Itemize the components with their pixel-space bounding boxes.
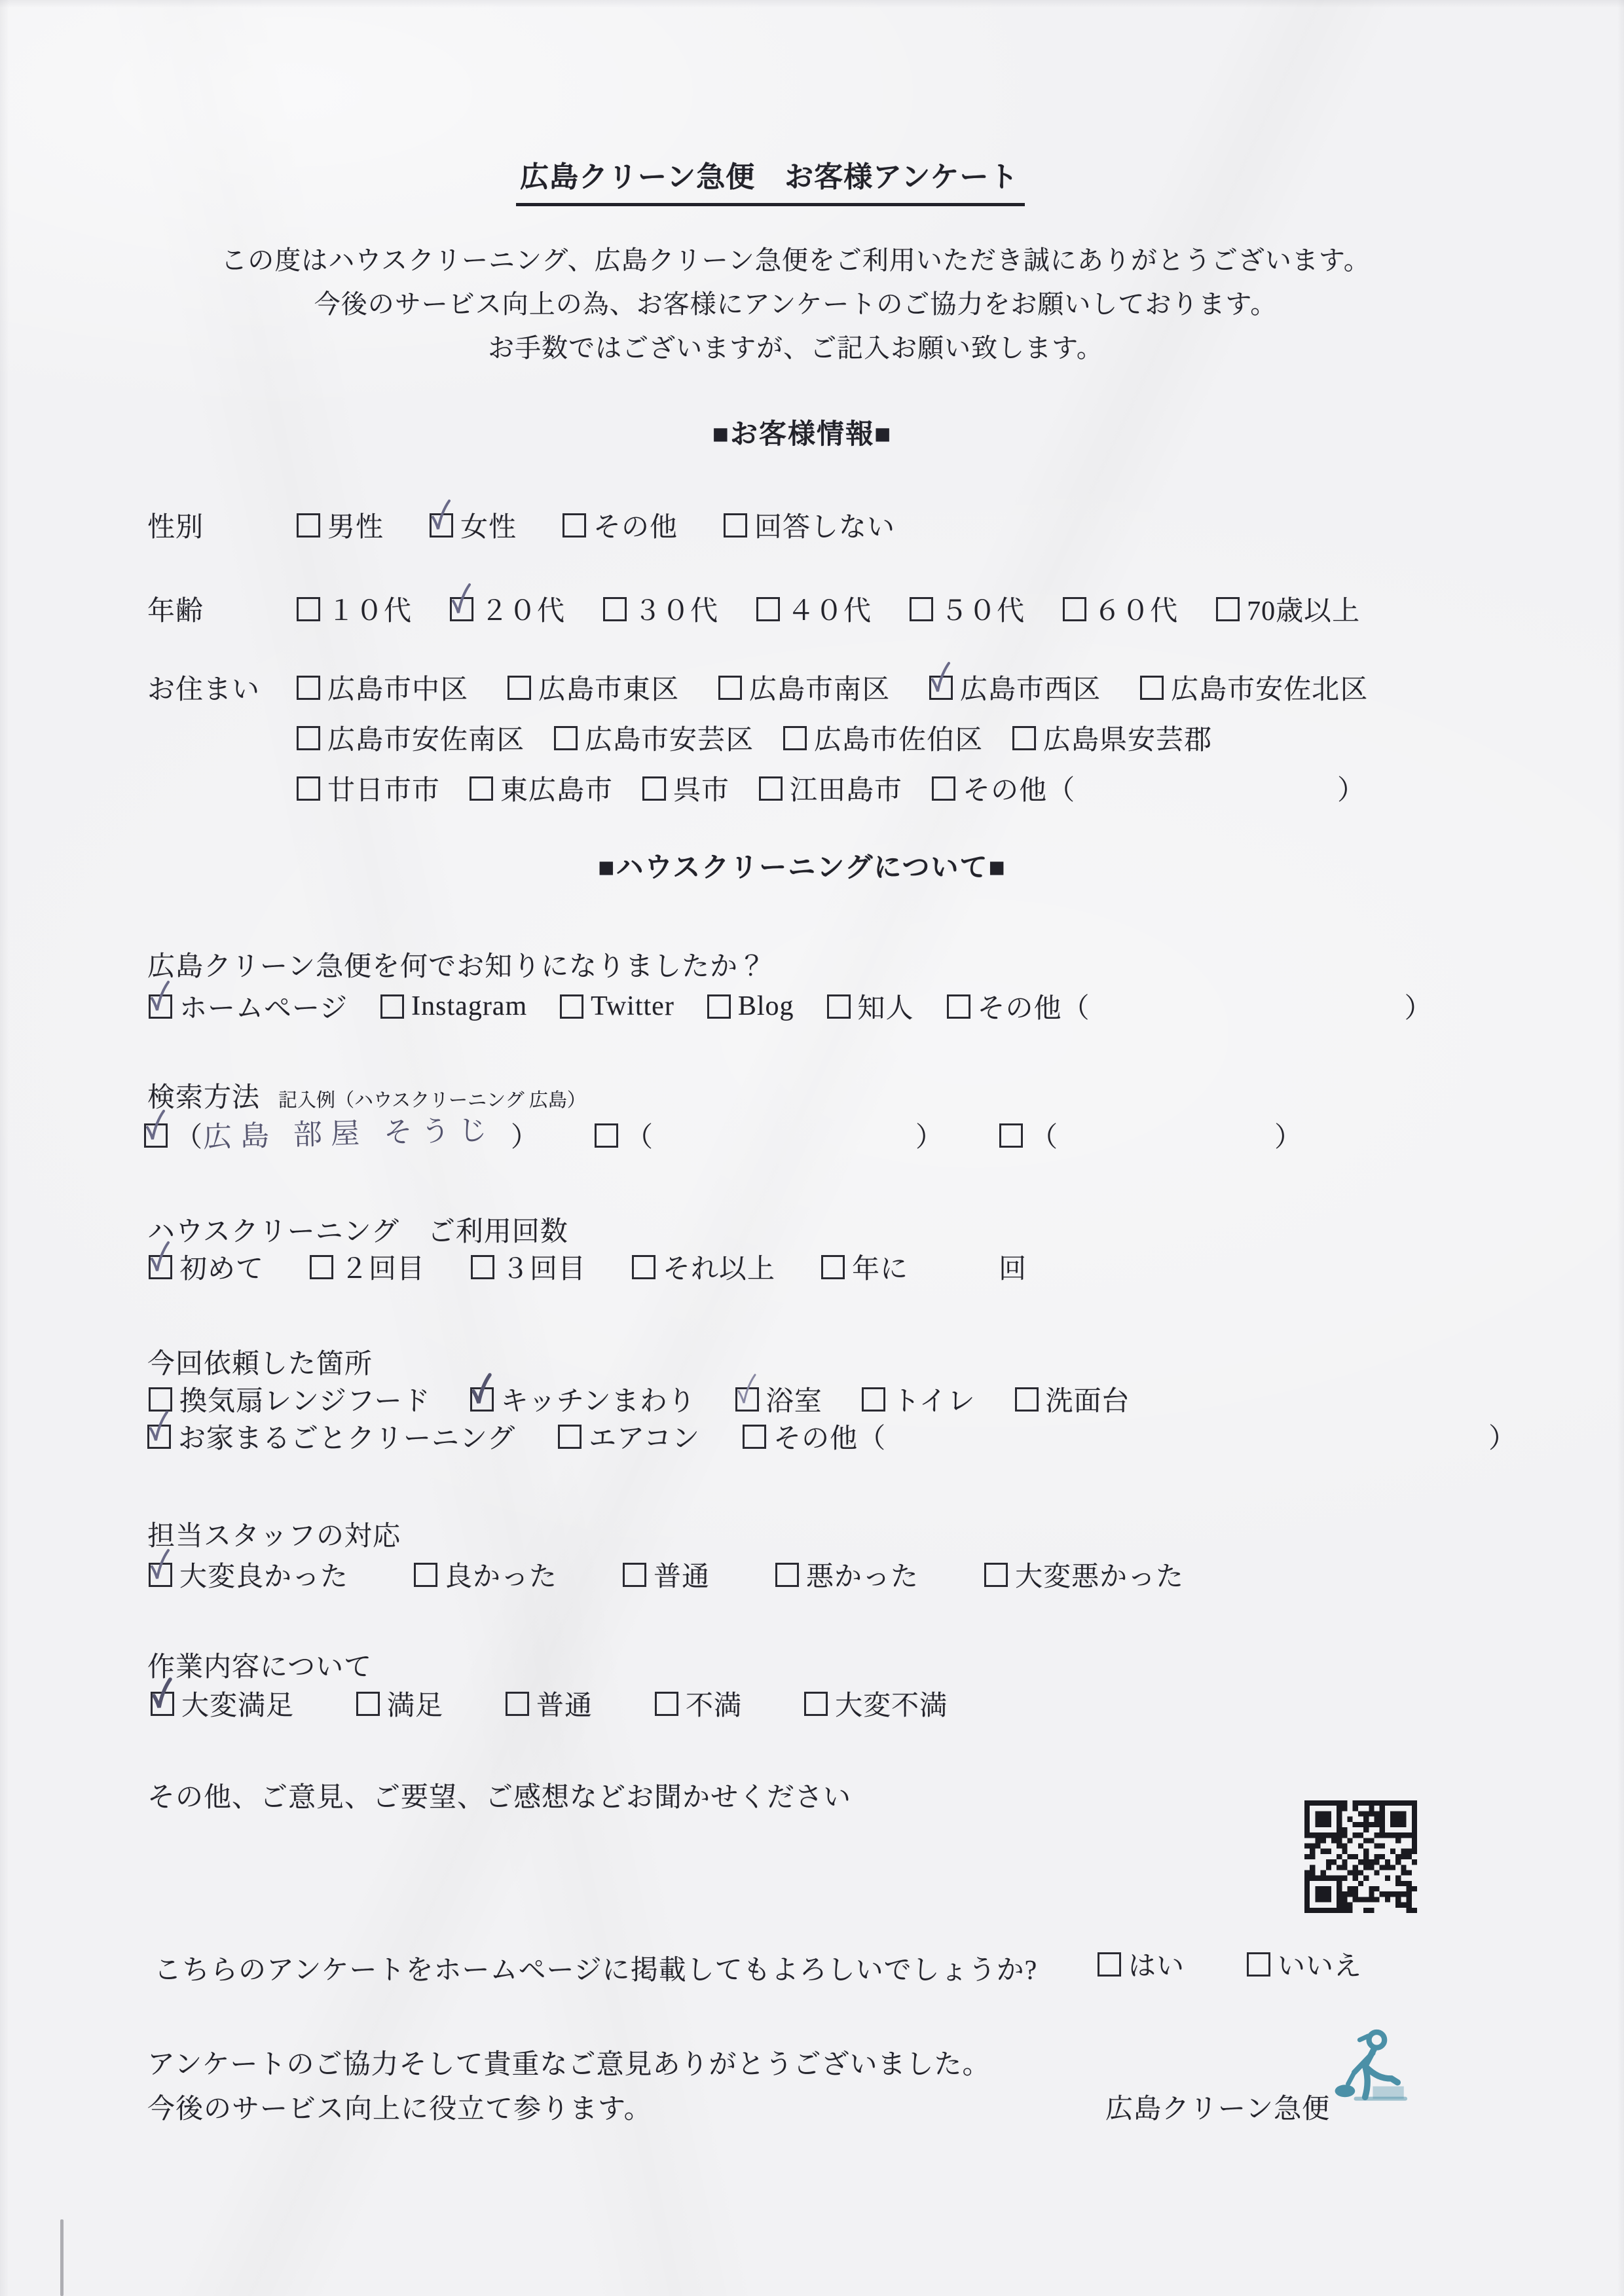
gender-label: 性別: [147, 505, 297, 545]
handwritten-check-icon: [146, 1409, 171, 1446]
satisfaction-row: 大変満足満足普通不満大変不満: [151, 1684, 1010, 1723]
option-label: 広島市安芸区: [585, 718, 754, 757]
checkbox[interactable]: [910, 597, 933, 621]
checkbox[interactable]: [623, 1563, 646, 1587]
source-question: 広島クリーン急便を何でお知りになりましたか？: [147, 945, 766, 984]
checkbox[interactable]: [558, 1425, 581, 1449]
checkbox[interactable]: [450, 597, 473, 621]
option-label: 初めて: [179, 1247, 264, 1286]
checkbox-option[interactable]: 広島市安芸区: [554, 718, 754, 757]
residence-row-2: 広島市安佐南区広島市安芸区広島市佐伯区広島県安芸郡: [297, 718, 1242, 757]
footer-service-line: 今後のサービス向上に役立て参ります。: [147, 2087, 652, 2126]
checkbox[interactable]: [929, 676, 953, 700]
paren-close: ）: [1337, 769, 1365, 808]
checkbox-option[interactable]: ２０代: [450, 589, 565, 629]
checkbox[interactable]: [743, 1425, 766, 1449]
handwritten-check-icon: [734, 1372, 759, 1408]
handwritten-check-icon: [147, 1239, 172, 1276]
checkbox-option[interactable]: Twitter: [560, 991, 674, 1022]
checkbox[interactable]: [1012, 726, 1036, 750]
paren-close: ）: [1488, 1417, 1517, 1456]
option-label: 広島市中区: [327, 668, 468, 707]
option-label: 広島市南区: [749, 668, 890, 707]
checkbox[interactable]: [470, 1387, 494, 1412]
option-label: 広島市東区: [538, 668, 679, 707]
staff-options: 大変良かった良かった普通悪かった大変悪かった: [149, 1555, 1249, 1594]
option-label: 女性: [460, 505, 517, 545]
checkbox-option[interactable]: 不満: [655, 1684, 742, 1723]
option-label: ４０代: [787, 589, 872, 629]
residence-row-3: 廿日市市東広島市呉市江田島市その他（）: [297, 769, 1395, 808]
handwritten-entry[interactable]: [1058, 1128, 1274, 1134]
checkbox-option[interactable]: （広島 部屋 そうじ）: [144, 1114, 539, 1156]
checkbox[interactable]: [144, 1123, 168, 1148]
checkbox-option[interactable]: トイレ: [862, 1379, 976, 1419]
checkbox[interactable]: [595, 1123, 618, 1148]
checkbox[interactable]: [147, 1425, 171, 1449]
checkbox-option[interactable]: 大変不満: [804, 1684, 948, 1723]
age-options: １０代２０代３０代４０代５０代６０代70歳以上: [297, 589, 1398, 629]
option-label: ３回目: [502, 1247, 586, 1286]
option-label: ６０代: [1094, 589, 1178, 629]
checkbox[interactable]: [775, 1563, 799, 1587]
checkbox[interactable]: [724, 513, 747, 538]
residence-options-2: 広島市安佐南区広島市安芸区広島市佐伯区広島県安芸郡: [297, 718, 1242, 757]
checkbox[interactable]: [297, 726, 320, 750]
checkbox-option[interactable]: 広島市西区: [929, 668, 1101, 707]
checkbox[interactable]: [507, 676, 531, 700]
search-entries-row: （広島 部屋 そうじ）（）（）: [144, 1114, 1358, 1156]
checkbox[interactable]: [470, 776, 493, 801]
checkbox-option[interactable]: ５０代: [910, 589, 1025, 629]
residence-label: お住まい: [147, 668, 297, 707]
option-label: それ以上: [663, 1247, 775, 1286]
checkbox[interactable]: [310, 1255, 333, 1279]
option-label: ２回目: [341, 1247, 425, 1286]
option-label: 東広島市: [500, 769, 613, 808]
publish-options: はいいいえ: [1098, 1944, 1424, 1984]
checkbox-option[interactable]: Blog: [707, 991, 794, 1022]
section-customer-info-header: ■お客様情報■: [0, 412, 1604, 452]
checkbox-option[interactable]: その他（）: [932, 769, 1365, 808]
checkbox-option[interactable]: 広島県安芸郡: [1012, 718, 1212, 757]
paren-open: （: [1062, 987, 1090, 1026]
checkbox[interactable]: [783, 726, 807, 750]
checkbox[interactable]: [632, 1255, 655, 1279]
checkbox-option[interactable]: いいえ: [1247, 1944, 1362, 1984]
checkbox[interactable]: [430, 513, 453, 538]
checkbox-option[interactable]: 大変悪かった: [984, 1555, 1184, 1594]
residence-options-3: 廿日市市東広島市呉市江田島市その他（）: [297, 769, 1395, 808]
option-label: キッチンまわり: [501, 1379, 696, 1419]
option-label: その他: [593, 505, 678, 545]
areas-options-1: 換気扇レンジフードキッチンまわり浴室トイレ洗面台: [149, 1379, 1170, 1419]
handwritten-check-icon: [469, 1372, 494, 1408]
checkbox[interactable]: [297, 776, 320, 801]
checkbox[interactable]: [560, 994, 583, 1019]
checkbox-option[interactable]: 広島市中区: [297, 668, 468, 707]
checkbox[interactable]: [554, 726, 578, 750]
option-label: 普通: [536, 1684, 593, 1723]
checkbox[interactable]: [932, 776, 955, 801]
paren-close: ）: [1274, 1116, 1302, 1155]
comments-label: その他、ご意見、ご要望、ご感想などお聞かせください: [147, 1776, 851, 1815]
checkbox-option[interactable]: ６０代: [1063, 589, 1178, 629]
areas-options-2: お家まるごとクリーニングエアコンその他（）: [147, 1417, 1559, 1456]
checkbox[interactable]: [1140, 676, 1164, 700]
option-label: １０代: [327, 589, 412, 629]
residence-row-1: お住まい 広島市中区広島市東区広島市南区広島市西区広島市安佐北区: [147, 668, 1407, 707]
checkbox[interactable]: [149, 1255, 172, 1279]
checkbox-option[interactable]: 普通: [506, 1684, 593, 1723]
checkbox[interactable]: [414, 1563, 437, 1587]
checkbox[interactable]: [759, 776, 783, 801]
option-label: その他: [773, 1417, 858, 1456]
checkbox-option[interactable]: 広島市佐伯区: [783, 718, 983, 757]
checkbox[interactable]: [297, 513, 320, 538]
checkbox[interactable]: [735, 1387, 759, 1412]
option-label: 大変悪かった: [1015, 1555, 1184, 1594]
checkbox-option[interactable]: Instagram: [380, 991, 527, 1022]
option-label: その他: [963, 769, 1047, 808]
residence-options-1: 広島市中区広島市東区広島市南区広島市西区広島市安佐北区: [297, 668, 1407, 707]
option-label: 悪かった: [806, 1555, 919, 1594]
checkbox-option[interactable]: 大変満足: [151, 1684, 294, 1723]
option-label: 呉市: [673, 769, 729, 808]
option-label: 年に: [852, 1247, 908, 1286]
usage-row: 初めて２回目３回目それ以上年に回: [149, 1247, 1073, 1286]
checkbox-option[interactable]: 女性: [430, 505, 517, 545]
checkbox-option[interactable]: （）: [999, 1116, 1302, 1155]
checkbox[interactable]: [862, 1387, 885, 1412]
option-label: 広島市安佐南区: [327, 718, 525, 757]
checkbox[interactable]: [149, 1387, 172, 1412]
checkbox-option[interactable]: 初めて: [149, 1247, 264, 1286]
checkbox-option[interactable]: お家まるごとクリーニング: [147, 1417, 515, 1456]
staff-response-label: 担当スタッフの対応: [147, 1514, 401, 1554]
option-label: 満足: [387, 1684, 443, 1723]
checkbox[interactable]: [655, 1692, 678, 1716]
checkbox-option[interactable]: 広島市安佐南区: [297, 718, 525, 757]
option-label: 換気扇レンジフード: [179, 1379, 431, 1419]
checkbox-option[interactable]: 広島市南区: [718, 668, 890, 707]
paren-open: （: [625, 1116, 654, 1155]
paren-close: ）: [1405, 987, 1433, 1026]
checkbox-option[interactable]: 70歳以上: [1216, 589, 1360, 629]
paren-open: （: [175, 1116, 203, 1155]
intro-line: この度はハウスクリーニング、広島クリーン急便をご利用いただき誠にありがとうござい…: [0, 238, 1591, 282]
checkbox-option[interactable]: ２回目: [310, 1247, 425, 1286]
checkbox[interactable]: [707, 994, 731, 1019]
work-satisfaction-label: 作業内容について: [147, 1645, 372, 1685]
checkbox-option[interactable]: キッチンまわり: [470, 1379, 696, 1419]
option-label: 回答しない: [754, 505, 895, 545]
option-label: 良かった: [445, 1555, 557, 1594]
option-label: はい: [1128, 1944, 1185, 1984]
option-label: 70歳以上: [1247, 589, 1360, 629]
option-label: 広島県安芸郡: [1043, 718, 1212, 757]
qr-code: [1304, 1800, 1417, 1913]
checkbox[interactable]: [297, 597, 320, 621]
checkbox-option[interactable]: 男性: [297, 505, 384, 545]
checkbox-option[interactable]: その他（）: [947, 987, 1433, 1026]
checkbox[interactable]: [1063, 597, 1086, 621]
option-label: ２０代: [481, 589, 565, 629]
checkbox-option[interactable]: （）: [595, 1116, 944, 1155]
option-label: 広島市佐伯区: [814, 718, 983, 757]
staff-row: 大変良かった良かった普通悪かった大変悪かった: [149, 1555, 1249, 1594]
checkbox[interactable]: [827, 994, 851, 1019]
areas-row-1: 換気扇レンジフードキッチンまわり浴室トイレ洗面台: [149, 1379, 1170, 1419]
checkbox-option[interactable]: 良かった: [414, 1555, 557, 1594]
publish-row: はいいいえ: [1098, 1944, 1424, 1984]
satisfaction-options: 大変満足満足普通不満大変不満: [151, 1684, 1010, 1723]
checkbox-option[interactable]: 洗面台: [1015, 1379, 1130, 1419]
checkbox-option[interactable]: ３回目: [471, 1247, 586, 1286]
age-label: 年齢: [147, 589, 297, 629]
checkbox-option[interactable]: 換気扇レンジフード: [149, 1379, 431, 1419]
checkbox-option[interactable]: ４０代: [756, 589, 872, 629]
option-label: 普通: [654, 1555, 710, 1594]
gender-row: 性別 男性女性その他回答しない: [147, 505, 941, 545]
checkbox[interactable]: [356, 1692, 380, 1716]
checkbox[interactable]: [563, 513, 586, 538]
gender-options: 男性女性その他回答しない: [297, 505, 941, 545]
paren-close: ）: [511, 1116, 539, 1155]
checkbox-option[interactable]: 広島市安佐北区: [1140, 668, 1368, 707]
checkbox-option[interactable]: １０代: [297, 589, 412, 629]
handwritten-check-icon: [147, 979, 172, 1015]
option-label: 不満: [686, 1684, 742, 1723]
checkbox[interactable]: [984, 1563, 1008, 1587]
option-label: Instagram: [411, 991, 527, 1022]
paren-open: （: [1030, 1116, 1058, 1155]
checkbox-option[interactable]: 浴室: [735, 1379, 822, 1419]
paren-close: ）: [915, 1116, 944, 1155]
usage-options: 初めて２回目３回目それ以上年に回: [149, 1247, 1073, 1286]
checkbox[interactable]: [999, 1123, 1023, 1148]
checkbox-option[interactable]: ホームページ: [149, 987, 348, 1026]
option-suffix: 回: [999, 1247, 1027, 1286]
source-row: ホームページInstagramTwitterBlog知人その他（）: [149, 987, 1466, 1026]
handwritten-check-icon: [143, 1108, 168, 1144]
checkbox-option[interactable]: それ以上: [632, 1247, 775, 1286]
option-label: 広島市安佐北区: [1171, 668, 1368, 707]
checkbox[interactable]: [718, 676, 742, 700]
checkbox-option[interactable]: 知人: [827, 987, 914, 1026]
checkbox[interactable]: [149, 994, 172, 1019]
checkbox[interactable]: [603, 597, 627, 621]
checkbox-option[interactable]: 年に回: [821, 1247, 1027, 1286]
paren-open: （: [1047, 769, 1075, 808]
checkbox[interactable]: [821, 1255, 845, 1279]
option-label: 広島市西区: [960, 668, 1101, 707]
handwritten-check-icon: [428, 498, 453, 534]
intro-text: この度はハウスクリーニング、広島クリーン急便をご利用いただき誠にありがとうござい…: [0, 238, 1591, 370]
checkbox[interactable]: [642, 776, 666, 801]
checkbox[interactable]: [1098, 1952, 1121, 1977]
checkbox[interactable]: [506, 1692, 529, 1716]
checkbox[interactable]: [804, 1692, 828, 1716]
handwritten-entry[interactable]: [654, 1127, 915, 1134]
option-label: ホームページ: [179, 987, 348, 1026]
checkbox-option[interactable]: 東広島市: [470, 769, 613, 808]
intro-line: お手数ではございますが、ご記入お願い致します。: [0, 326, 1591, 370]
option-label: 廿日市市: [327, 769, 440, 808]
option-label: トイレ: [893, 1379, 976, 1419]
checkbox-option[interactable]: はい: [1098, 1944, 1185, 1984]
checkbox[interactable]: [756, 597, 780, 621]
requested-areas-label: 今回依頼した箇所: [147, 1342, 373, 1381]
checkbox-option[interactable]: 回答しない: [724, 505, 895, 545]
checkbox-option[interactable]: 大変良かった: [149, 1555, 348, 1594]
checkbox-option[interactable]: 江田島市: [759, 769, 902, 808]
option-label: 大変不満: [835, 1684, 948, 1723]
checkbox-option[interactable]: エアコン: [558, 1417, 700, 1456]
checkbox-option[interactable]: ３０代: [603, 589, 718, 629]
handwritten-check-icon: [449, 581, 473, 618]
checkbox-option[interactable]: 悪かった: [775, 1555, 919, 1594]
option-label: いいえ: [1278, 1944, 1362, 1984]
option-label: ３０代: [634, 589, 718, 629]
checkbox[interactable]: [1216, 597, 1240, 621]
age-row: 年齢 １０代２０代３０代４０代５０代６０代70歳以上: [147, 589, 1398, 629]
intro-line: 今後のサービス向上の為、お客様にアンケートのご協力をお願いしております。: [0, 282, 1591, 326]
checkbox-option[interactable]: その他（）: [743, 1417, 1517, 1456]
option-label: ５０代: [940, 589, 1025, 629]
checkbox[interactable]: [151, 1692, 174, 1716]
checkbox-option[interactable]: 広島市東区: [507, 668, 679, 707]
checkbox[interactable]: [947, 994, 970, 1019]
option-label: 浴室: [766, 1379, 822, 1419]
checkbox-option[interactable]: 呉市: [642, 769, 729, 808]
option-label: エアコン: [589, 1417, 700, 1456]
option-label: Twitter: [591, 991, 674, 1022]
checkbox[interactable]: [380, 994, 404, 1019]
handwritten-check-icon: [928, 660, 953, 697]
option-label: お家まるごとクリーニング: [178, 1417, 515, 1456]
checkbox[interactable]: [297, 676, 320, 700]
option-label: 大変満足: [181, 1684, 294, 1723]
scanner-edge-artifact: [60, 2219, 64, 2296]
search-entries: （広島 部屋 そうじ）（）（）: [144, 1114, 1358, 1156]
option-label: 知人: [858, 987, 914, 1026]
cleaning-person-logo-icon: [1333, 2027, 1418, 2105]
checkbox[interactable]: [1015, 1387, 1039, 1412]
paren-open: （: [858, 1417, 886, 1456]
checkbox[interactable]: [149, 1563, 172, 1587]
option-label: その他: [978, 987, 1062, 1026]
option-label: Blog: [738, 991, 794, 1022]
handwritten-check-icon: [149, 1676, 174, 1713]
areas-row-2: お家まるごとクリーニングエアコンその他（）: [147, 1417, 1559, 1456]
checkbox-option[interactable]: 廿日市市: [297, 769, 440, 808]
checkbox[interactable]: [471, 1255, 494, 1279]
option-label: 洗面台: [1046, 1379, 1130, 1419]
publish-question: こちらのアンケートをホームページに掲載してもよろしいでしょうか?: [154, 1948, 1037, 1988]
checkbox-option[interactable]: その他: [563, 505, 678, 545]
checkbox-option[interactable]: 普通: [623, 1555, 710, 1594]
scanned-survey-page: 広島クリーン急便 お客様アンケート この度はハウスクリーニング、広島クリーン急便…: [0, 0, 1624, 2296]
handwritten-check-icon: [147, 1547, 172, 1584]
usage-count-label: ハウスクリーニング ご利用回数: [147, 1210, 568, 1249]
footer-thanks-line: アンケートのご協力そして貴重なご意見ありがとうございました。: [147, 2043, 990, 2082]
source-options: ホームページInstagramTwitterBlog知人その他（）: [149, 987, 1466, 1026]
option-label: 江田島市: [790, 769, 902, 808]
page-title: 広島クリーン急便 お客様アンケート: [516, 153, 1025, 206]
option-label: 男性: [327, 505, 384, 545]
footer-brand: 広島クリーン急便: [1105, 2087, 1330, 2126]
option-label: 大変良かった: [179, 1555, 348, 1594]
checkbox-option[interactable]: 満足: [356, 1684, 443, 1723]
checkbox[interactable]: [1247, 1952, 1270, 1977]
section-housecleaning-header: ■ハウスクリーニングについて■: [0, 846, 1604, 885]
handwritten-entry[interactable]: 広島 部屋 そうじ: [202, 1106, 511, 1156]
